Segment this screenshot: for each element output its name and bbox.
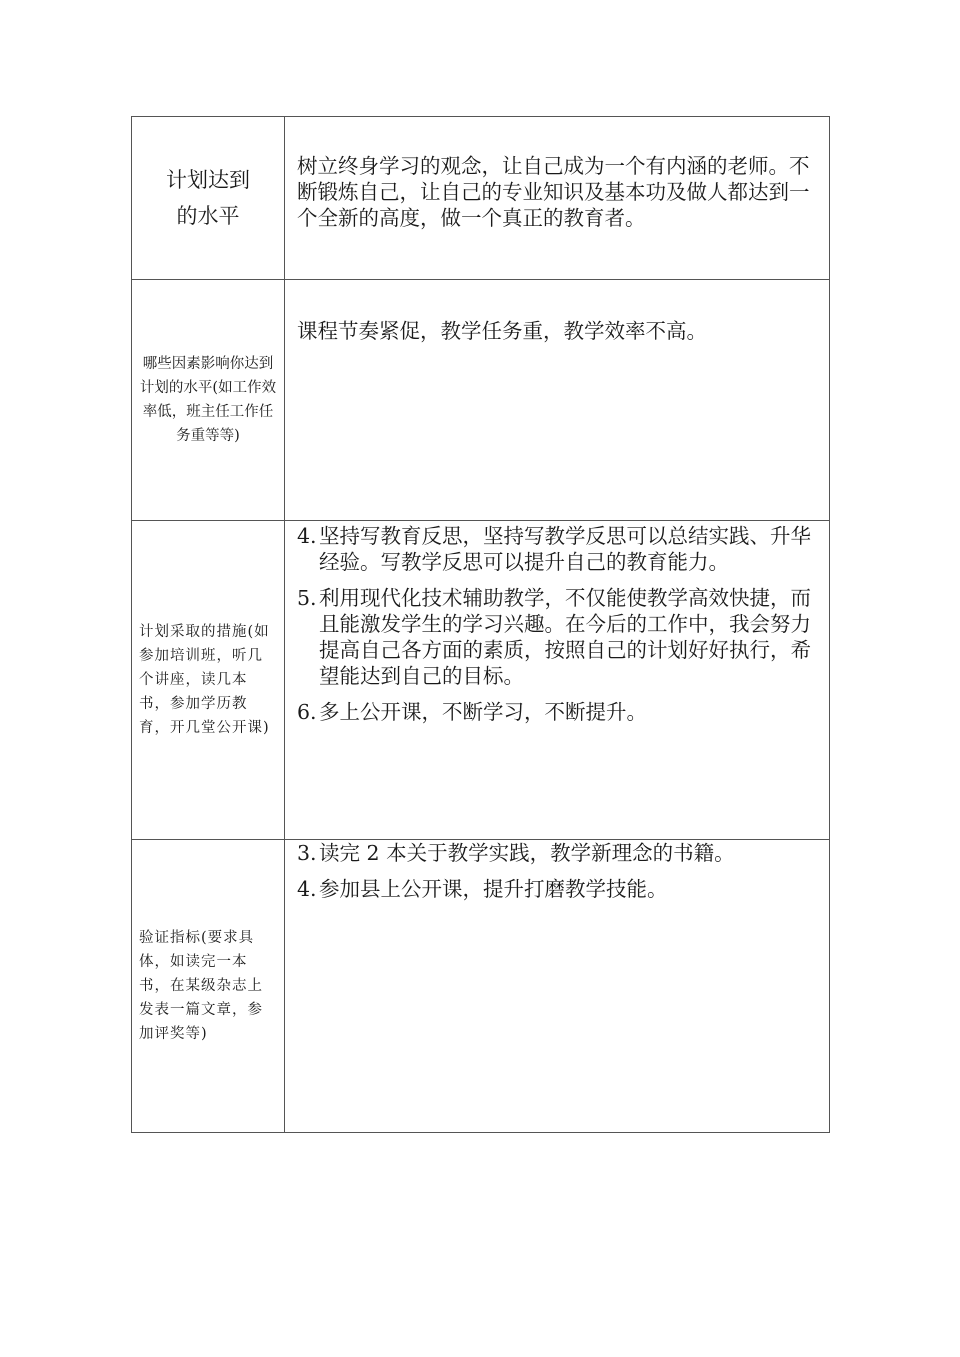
document-page: 计划达到 的水平 树立终身学习的观念，让自己成为一个有内涵的老师。不断锻炼自己，… <box>0 0 960 1357</box>
list-item-text: 坚持写教育反思，坚持写教学反思可以总结实践、升华经验。写教学反思可以提升自己的教… <box>319 523 819 575</box>
row-label: 计划采取的措施(如参加培训班，听几个讲座，读几本书，参加学历教育，开几堂公开课) <box>132 521 284 839</box>
row-label: 计划达到 的水平 <box>132 117 284 279</box>
list-item-number: 5. <box>297 585 319 689</box>
row-content-cell: 课程节奏紧促，教学任务重，教学效率不高。 <box>285 280 830 521</box>
row-label-cell: 哪些因素影响你达到计划的水平(如工作效率低，班主任工作任务重等等) <box>132 280 285 521</box>
row-label-cell: 计划达到 的水平 <box>132 117 285 280</box>
list-item: 6. 多上公开课，不断学习，不断提升。 <box>297 699 819 725</box>
list-item-text: 利用现代化技术辅助教学，不仅能使教学高效快捷，而且能激发学生的学习兴趣。在今后的… <box>319 585 819 689</box>
row-label: 验证指标(要求具体，如读完一本书，在某级杂志上发表一篇文章，参加评奖等) <box>132 840 284 1132</box>
list-item-number: 4. <box>297 876 319 902</box>
row-label-text: 计划采取的措施(如参加培训班，听几个讲座，读几本书，参加学历教育，开几堂公开课) <box>139 620 277 740</box>
row-label-text: 验证指标(要求具体，如读完一本书，在某级杂志上发表一篇文章，参加评奖等) <box>139 926 277 1046</box>
list-item-text: 参加县上公开课，提升打磨教学技能。 <box>319 876 819 902</box>
list-item-text: 多上公开课，不断学习，不断提升。 <box>319 699 819 725</box>
row-content: 树立终身学习的观念，让自己成为一个有内涵的老师。不断锻炼自己，让自己的专业知识及… <box>285 117 829 231</box>
row-label: 哪些因素影响你达到计划的水平(如工作效率低，班主任工作任务重等等) <box>132 280 284 520</box>
row-content: 3. 读完 2 本关于教学实践，教学新理念的书籍。 4. 参加县上公开课，提升打… <box>285 840 829 902</box>
row-content-cell: 3. 读完 2 本关于教学实践，教学新理念的书籍。 4. 参加县上公开课，提升打… <box>285 840 830 1133</box>
row-content-cell: 4. 坚持写教育反思，坚持写教学反思可以总结实践、升华经验。写教学反思可以提升自… <box>285 521 830 840</box>
row-label-line: 的水平 <box>166 198 250 234</box>
list-item: 4. 参加县上公开课，提升打磨教学技能。 <box>297 876 819 902</box>
list-item-number: 4. <box>297 523 319 575</box>
list-item-number: 3. <box>297 840 319 866</box>
row-label-cell: 计划采取的措施(如参加培训班，听几个讲座，读几本书，参加学历教育，开几堂公开课) <box>132 521 285 840</box>
table-row-measures: 计划采取的措施(如参加培训班，听几个讲座，读几本书，参加学历教育，开几堂公开课)… <box>132 521 830 840</box>
content-paragraph: 树立终身学习的观念，让自己成为一个有内涵的老师。不断锻炼自己，让自己的专业知识及… <box>297 153 819 231</box>
table-row-influencing-factors: 哪些因素影响你达到计划的水平(如工作效率低，班主任工作任务重等等) 课程节奏紧促… <box>132 280 830 521</box>
row-label-text: 哪些因素影响你达到计划的水平(如工作效率低，班主任工作任务重等等) <box>139 352 277 448</box>
row-content-cell: 树立终身学习的观念，让自己成为一个有内涵的老师。不断锻炼自己，让自己的专业知识及… <box>285 117 830 280</box>
content-paragraph: 课程节奏紧促，教学任务重，教学效率不高。 <box>297 318 819 344</box>
list-item: 5. 利用现代化技术辅助教学，不仅能使教学高效快捷，而且能激发学生的学习兴趣。在… <box>297 585 819 689</box>
plan-table: 计划达到 的水平 树立终身学习的观念，让自己成为一个有内涵的老师。不断锻炼自己，… <box>131 116 830 1133</box>
row-content: 4. 坚持写教育反思，坚持写教学反思可以总结实践、升华经验。写教学反思可以提升自… <box>285 521 829 725</box>
row-label-line: 计划达到 <box>166 162 250 198</box>
row-content: 课程节奏紧促，教学任务重，教学效率不高。 <box>285 280 829 344</box>
list-item-number: 6. <box>297 699 319 725</box>
list-item: 3. 读完 2 本关于教学实践，教学新理念的书籍。 <box>297 840 819 866</box>
row-label-cell: 验证指标(要求具体，如读完一本书，在某级杂志上发表一篇文章，参加评奖等) <box>132 840 285 1133</box>
table-row-verification: 验证指标(要求具体，如读完一本书，在某级杂志上发表一篇文章，参加评奖等) 3. … <box>132 840 830 1133</box>
measures-list: 4. 坚持写教育反思，坚持写教学反思可以总结实践、升华经验。写教学反思可以提升自… <box>297 523 819 725</box>
list-item: 4. 坚持写教育反思，坚持写教学反思可以总结实践、升华经验。写教学反思可以提升自… <box>297 523 819 575</box>
list-item-text: 读完 2 本关于教学实践，教学新理念的书籍。 <box>319 840 819 866</box>
verification-list: 3. 读完 2 本关于教学实践，教学新理念的书籍。 4. 参加县上公开课，提升打… <box>297 840 819 902</box>
table-row-target-level: 计划达到 的水平 树立终身学习的观念，让自己成为一个有内涵的老师。不断锻炼自己，… <box>132 117 830 280</box>
